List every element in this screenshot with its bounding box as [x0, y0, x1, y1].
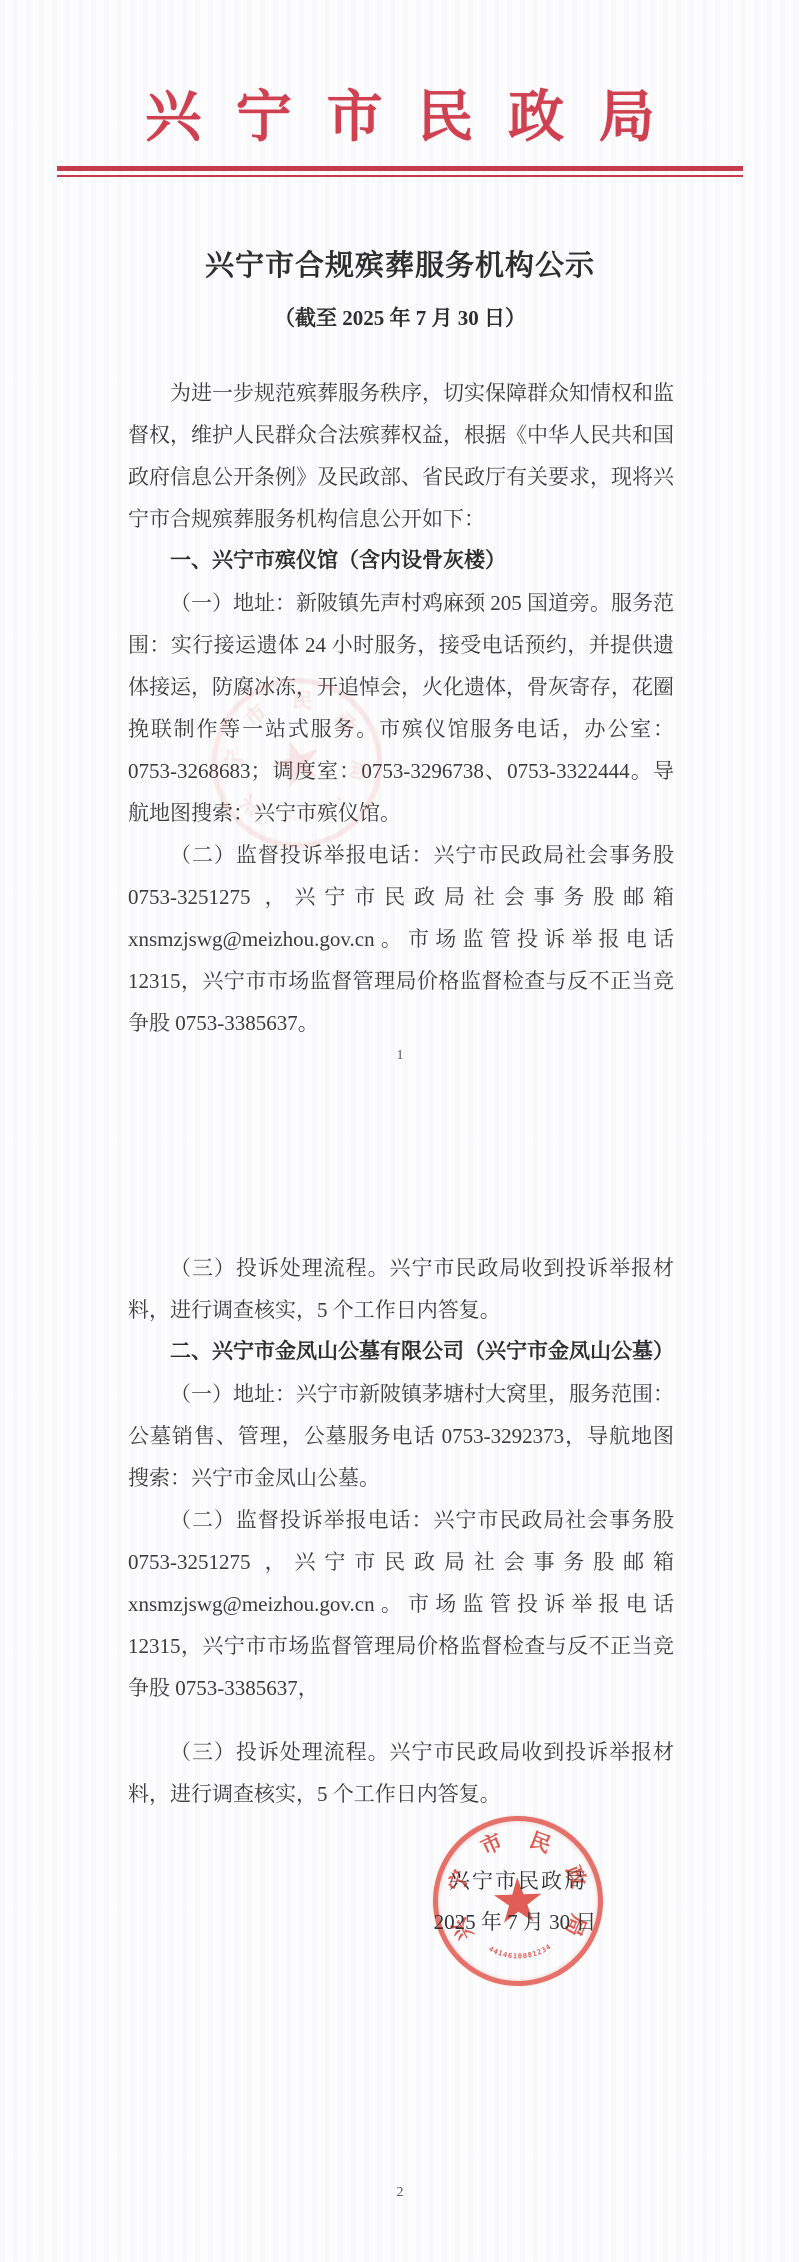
seal-code-character: 4 — [297, 815, 302, 822]
section-1-complaint-paragraph: （二）监督投诉举报电话：兴宁市民政局社会事务股 0753-3251275 ，兴宁… — [128, 834, 674, 1044]
signature-date: 2025 年 7 月 30 日 — [415, 1906, 615, 1936]
page-number-1: 1 — [0, 1048, 800, 1064]
section-1-process-paragraph: （三）投诉处理流程。兴宁市民政局收到投诉举报材料，进行调查核实，5 个工作日内答… — [128, 1247, 674, 1331]
official-seal: ★ 兴宁市民政局4414610081234 — [430, 1813, 606, 1989]
document-title: 兴宁市合规殡葬服务机构公示 — [0, 243, 800, 284]
page-1: 兴宁市民政局 兴宁市合规殡葬服务机构公示 （截至 2025 年 7 月 30 日… — [0, 0, 800, 1131]
letterhead-rule-thick — [57, 166, 743, 171]
official-seal-star-icon: ★ — [430, 1813, 606, 1989]
section-1-heading: 一、兴宁市殡仪馆（含内设骨灰楼） — [128, 540, 674, 582]
seal-code-character: 1 — [513, 1953, 518, 1960]
seal-ring-character: 民 — [291, 690, 314, 713]
seal-ring-character: 局 — [347, 759, 370, 782]
document-subtitle: （截至 2025 年 7 月 30 日） — [0, 302, 800, 332]
section-2-heading: 二、兴宁市金凤山公墓有限公司（兴宁市金凤山公墓） — [128, 1331, 674, 1373]
scanned-notice-document: { "letterhead": { "agency": "兴宁市民政局" }, … — [0, 0, 800, 2262]
page-2: （三）投诉处理流程。兴宁市民政局收到投诉举报材料，进行调查核实，5 个工作日内答… — [0, 1131, 800, 2262]
letterhead-rule-thin — [57, 175, 743, 177]
seal-ring-character: 宁 — [224, 749, 246, 771]
signature-agency-name: 兴宁市民政局 — [433, 1865, 603, 1895]
seal-code-character: 0 — [518, 1953, 522, 1960]
section-2-process-paragraph: （三）投诉处理流程。兴宁市民政局收到投诉举报材料，进行调查核实，5 个工作日内答… — [128, 1731, 674, 1815]
letterhead-agency-title: 兴宁市民政局 — [0, 76, 800, 160]
page-number-2: 2 — [0, 2185, 800, 2201]
intro-paragraph: 为进一步规范殡葬服务秩序，切实保障群众知情权和监督权，维护人民群众合法殡葬权益，… — [128, 372, 674, 540]
section-2-address-paragraph: （一）地址：兴宁市新陂镇茅塘村大窝里，服务范围：公墓销售、管理，公墓服务电话 0… — [128, 1373, 674, 1499]
page2-body: （三）投诉处理流程。兴宁市民政局收到投诉举报材料，进行调查核实，5 个工作日内答… — [128, 1247, 674, 1815]
seal-code-character: 1 — [292, 815, 297, 822]
section-2-complaint-paragraph: （二）监督投诉举报电话：兴宁市民政局社会事务股 0753-3251275 ，兴宁… — [128, 1499, 674, 1709]
